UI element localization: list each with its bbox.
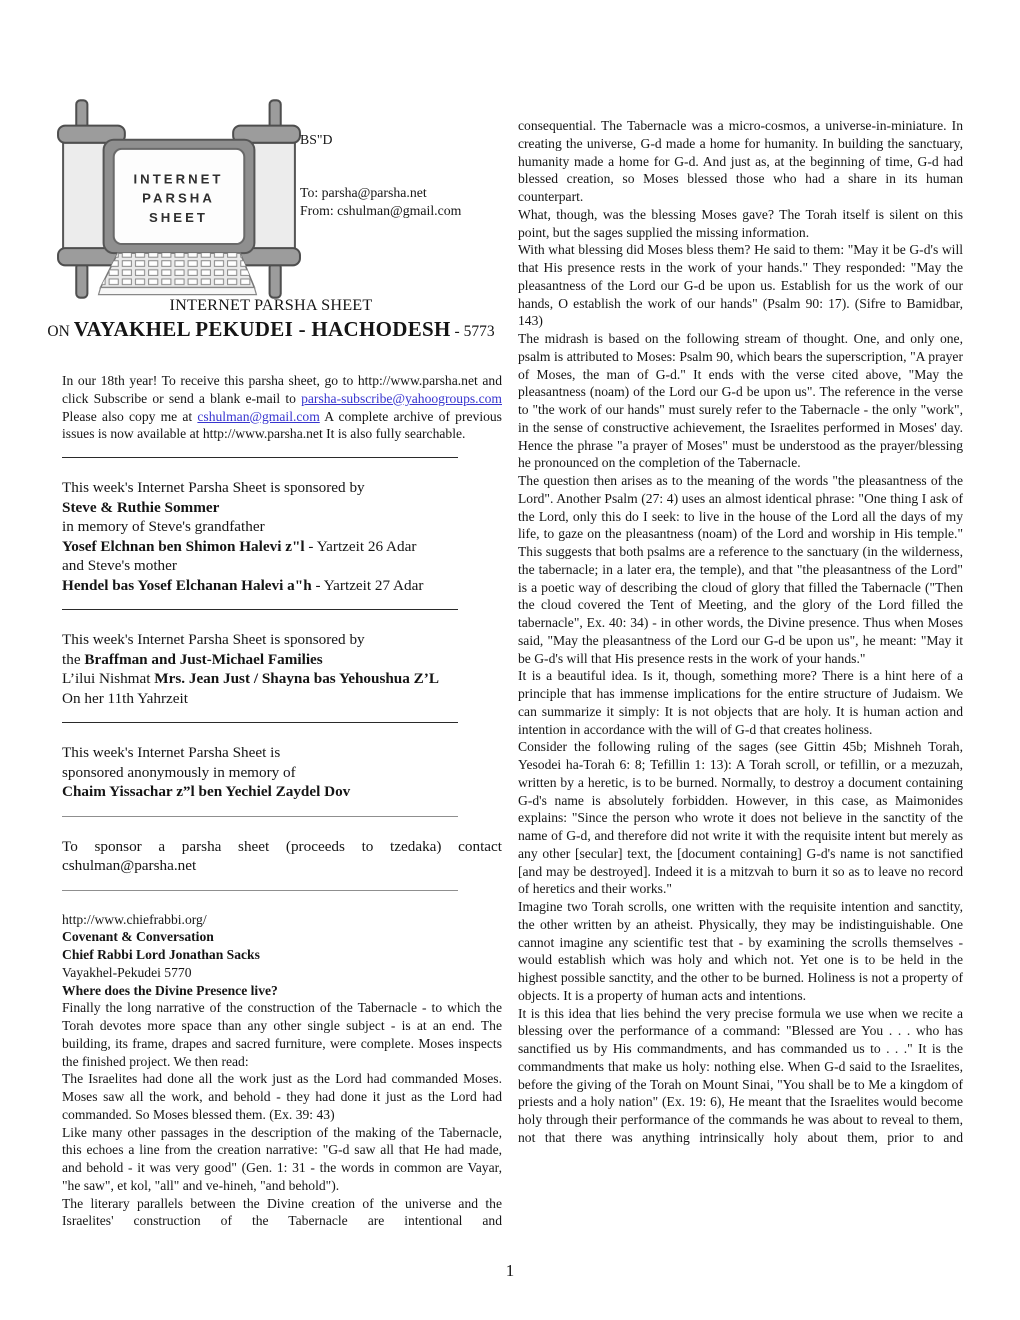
article-author: Chief Rabbi Lord Jonathan Sacks xyxy=(62,946,502,964)
body-paragraph: With what blessing did Moses bless them?… xyxy=(518,241,963,330)
body-paragraph: consequential. The Tabernacle was a micr… xyxy=(518,117,963,206)
cshulman-email-link[interactable]: cshulman@gmail.com xyxy=(197,409,319,424)
divider xyxy=(62,457,458,458)
body-paragraph: The literary parallels between the Divin… xyxy=(62,1195,502,1231)
sponsor-honoree: Hendel bas Yosef Elchanan Halevi a"h - Y… xyxy=(62,576,502,596)
masthead-parsha-name: VAYAKHEL PEKUDEI - HACHODESH xyxy=(74,317,451,341)
body-paragraph: It is this idea that lies behind the ver… xyxy=(518,1005,963,1147)
sponsor-intro-line: This week's Internet Parsha Sheet is spo… xyxy=(62,630,502,650)
right-column: consequential. The Tabernacle was a micr… xyxy=(518,117,963,1147)
from-line: From: cshulman@gmail.com xyxy=(300,202,515,220)
header-block: BS"D To: parsha@parsha.net From: cshulma… xyxy=(300,131,515,220)
body-paragraph: It is a beautiful idea. Is it, though, s… xyxy=(518,667,963,738)
logo-text-line1: INTERNET xyxy=(133,171,223,186)
article-heading: Where does the Divine Presence live? xyxy=(62,982,502,1000)
article-series-title: Covenant & Conversation xyxy=(62,928,502,946)
body-paragraph: The midrash is based on the following st… xyxy=(518,330,963,472)
divider xyxy=(62,816,458,817)
logo-text-line2: PARSHA xyxy=(142,191,215,206)
torah-scroll-computer-icon: INTERNET PARSHA SHEET xyxy=(55,93,303,305)
intro-text-2: Please also copy me at xyxy=(62,409,197,424)
sponsor-honoree: Chaim Yissachar z”l ben Yechiel Zaydel D… xyxy=(62,782,502,802)
sponsor-block-3: This week's Internet Parsha Sheet is spo… xyxy=(62,743,502,802)
masthead-line2: ON VAYAKHEL PEKUDEI - HACHODESH - 5773 xyxy=(40,317,502,342)
sponsor-yahrzeit-line: On her 11th Yahrzeit xyxy=(62,689,502,709)
masthead-year: - 5773 xyxy=(451,323,495,340)
article-header: http://www.chiefrabbi.org/ Covenant & Co… xyxy=(62,911,502,1000)
body-paragraph: Imagine two Torah scrolls, one written w… xyxy=(518,898,963,1005)
divider xyxy=(62,609,458,610)
parsha-logo: INTERNET PARSHA SHEET xyxy=(55,93,303,305)
sponsor-block-1: This week's Internet Parsha Sheet is spo… xyxy=(62,478,502,595)
sponsor-memory-line: and Steve's mother xyxy=(62,556,502,576)
sponsor-honoree: Yosef Elchnan ben Shimon Halevi z"l - Ya… xyxy=(62,537,502,557)
sponsor-name: Steve & Ruthie Sommer xyxy=(62,498,502,518)
body-paragraph: The Israelites had done all the work jus… xyxy=(62,1070,502,1123)
sponsor-block-2: This week's Internet Parsha Sheet is spo… xyxy=(62,630,502,708)
sponsor-contact-line: To sponsor a parsha sheet (proceeds to t… xyxy=(62,837,502,857)
sponsor-memory-line: in memory of Steve's grandfather xyxy=(62,517,502,537)
body-paragraph: The question then arises as to the meani… xyxy=(518,472,963,667)
sponsor-name: the Braffman and Just-Michael Families xyxy=(62,650,502,670)
sponsor-contact-email: cshulman@parsha.net xyxy=(62,856,502,876)
sponsor-intro-line: This week's Internet Parsha Sheet is spo… xyxy=(62,478,502,498)
logo-text-line3: SHEET xyxy=(149,210,208,225)
subscribe-link[interactable]: parsha-subscribe@yahoogroups.com xyxy=(301,391,502,406)
body-paragraph: Consider the following ruling of the sag… xyxy=(518,738,963,898)
masthead-line1: INTERNET PARSHA SHEET xyxy=(40,296,502,315)
sponsor-memory-line: sponsored anonymously in memory of xyxy=(62,763,502,783)
body-paragraph: What, though, was the blessing Moses gav… xyxy=(518,206,963,242)
body-paragraph: Finally the long narrative of the constr… xyxy=(62,999,502,1070)
to-line: To: parsha@parsha.net xyxy=(300,184,515,202)
bsd-label: BS"D xyxy=(300,131,515,149)
document-page: INTERNET PARSHA SHEET BS"D To: parsha@pa… xyxy=(0,0,1020,1320)
article-source-url: http://www.chiefrabbi.org/ xyxy=(62,911,502,929)
intro-paragraph: In our 18th year! To receive this parsha… xyxy=(62,372,502,443)
sponsor-intro-line: This week's Internet Parsha Sheet is xyxy=(62,743,502,763)
page-number: 1 xyxy=(0,1261,1020,1281)
sponsor-honoree: L’ilui Nishmat Mrs. Jean Just / Shayna b… xyxy=(62,669,502,689)
body-paragraph: Like many other passages in the descript… xyxy=(62,1124,502,1195)
divider xyxy=(62,890,458,891)
left-column: In our 18th year! To receive this parsha… xyxy=(62,372,502,1230)
sponsor-contact-block: To sponsor a parsha sheet (proceeds to t… xyxy=(62,837,502,876)
masthead: INTERNET PARSHA SHEET ON VAYAKHEL PEKUDE… xyxy=(40,296,502,342)
divider xyxy=(62,722,458,723)
article-edition: Vayakhel-Pekudei 5770 xyxy=(62,964,502,982)
masthead-on: ON xyxy=(47,323,73,340)
